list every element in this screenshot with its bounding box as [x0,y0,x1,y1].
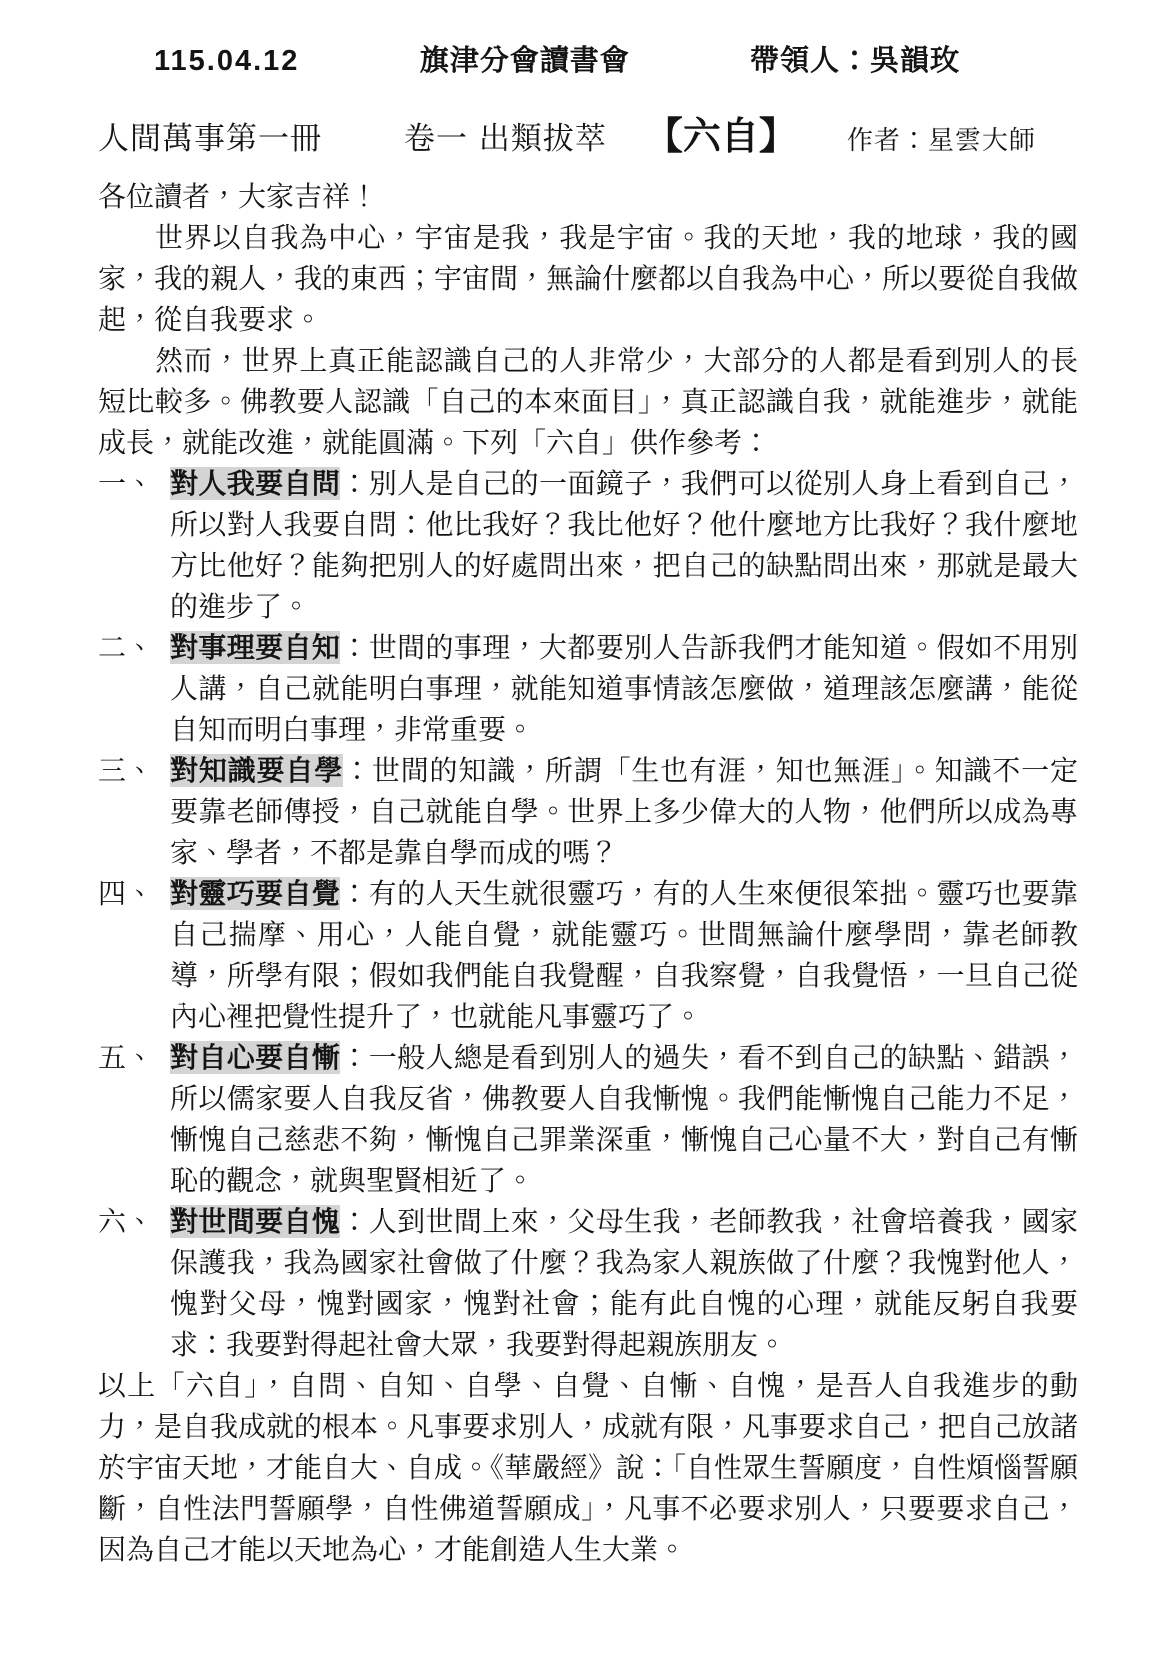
six-self-list: 一、對人我要自問：別人是自己的一面鏡子，我們可以從別人身上看到自己，所以對人我要… [98,463,1078,1365]
header-leader: 帶領人：吳韻玫 [750,38,960,79]
author-credit: 作者：星雲大師 [847,120,1036,157]
body-paragraph-2: 然而，世界上真正能認識自己的人非常少，大部分的人都是看到別人的長短比較多。佛教要… [98,340,1078,463]
item-number: 五、 [98,1037,154,1078]
item-number: 六、 [98,1201,154,1242]
header-date: 115.04.12 [154,45,299,78]
item-heading-highlighted: 對人我要自問 [170,467,340,500]
document-header: 115.04.12 旗津分會讀書會 帶領人：吳韻玫 [98,38,1078,79]
closing-paragraph: 以上「六自」，自問、自知、自學、自覺、自慚、自愧，是吾人自我進步的動力，是自我成… [98,1365,1078,1570]
item-heading-highlighted: 對世間要自愧 [170,1205,340,1238]
item-heading-highlighted: 對自心要自慚 [170,1041,340,1074]
item-number: 三、 [98,750,154,791]
list-item: 五、對自心要自慚：一般人總是看到別人的過失，看不到自己的缺點、錯誤，所以儒家要人… [98,1037,1078,1201]
document-body: 各位讀者，大家吉祥！ 世界以自我為中心，宇宙是我，我是宇宙。我的天地，我的地球，… [98,176,1078,1570]
list-item: 二、對事理要自知：世間的事理，大都要別人告訴我們才能知道。假如不用別人講，自己就… [98,627,1078,750]
item-number: 一、 [98,463,154,504]
volume-title: 卷一 出類拔萃 [404,113,607,158]
item-number: 二、 [98,627,154,668]
header-group-title: 旗津分會讀書會 [299,38,750,79]
list-item: 六、對世間要自愧：人到世間上來，父母生我，老師教我，社會培養我，國家保護我，我為… [98,1201,1078,1365]
list-item: 三、對知識要自學：世間的知識，所謂「生也有涯，知也無涯」。知識不一定要靠老師傳授… [98,750,1078,873]
document-page: 115.04.12 旗津分會讀書會 帶領人：吳韻玫 人間萬事第一冊 卷一 出類拔… [0,0,1164,1661]
list-item: 四、對靈巧要自覺：有的人天生就很靈巧，有的人生來便很笨拙。靈巧也要靠自己揣摩、用… [98,873,1078,1037]
greeting-paragraph: 各位讀者，大家吉祥！ [98,176,1078,217]
chapter-title: 【六自】 [645,105,797,160]
item-heading-highlighted: 對事理要自知 [170,631,340,664]
title-line: 人間萬事第一冊 卷一 出類拔萃 【六自】 作者：星雲大師 [98,105,1078,160]
book-title: 人間萬事第一冊 [98,113,322,158]
item-number: 四、 [98,873,154,914]
list-item: 一、對人我要自問：別人是自己的一面鏡子，我們可以從別人身上看到自己，所以對人我要… [98,463,1078,627]
body-paragraph-1: 世界以自我為中心，宇宙是我，我是宇宙。我的天地，我的地球，我的國家，我的親人，我… [98,217,1078,340]
item-heading-highlighted: 對靈巧要自覺 [170,877,340,910]
item-heading-highlighted: 對知識要自學 [170,754,343,787]
